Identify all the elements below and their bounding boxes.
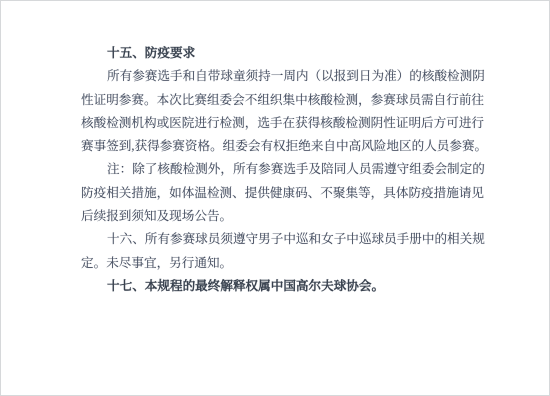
section-15-heading: 十五、防疫要求	[81, 42, 483, 65]
covid-paragraph-line: 核酸检测机构或医院进行检测，选手在获得核酸检测阴性证明后方可进行	[81, 112, 483, 135]
covid-paragraph-line: 所有参赛选手和自带球童须持一周内（以报到日为准）的核酸检测阴	[81, 65, 483, 88]
scanned-document-page: 十五、防疫要求所有参赛选手和自带球童须持一周内（以报到日为准）的核酸检测阴性证明…	[0, 0, 550, 396]
document-text-block: 十五、防疫要求所有参赛选手和自带球童须持一周内（以报到日为准）的核酸检测阴性证明…	[81, 42, 483, 298]
covid-paragraph-line: 赛事签到,获得参赛资格。组委会有权拒绝来自中高风险地区的人员参赛。	[81, 135, 483, 158]
note-paragraph-line: 防疫相关措施，如体温检测、提供健康码、不聚集等，具体防疫措施请见	[81, 182, 483, 205]
section-16-line: 定。未尽事宜，另行通知。	[81, 252, 483, 275]
section-16-line: 十六、所有参赛球员须遵守男子中巡和女子中巡球员手册中的相关规	[81, 228, 483, 251]
note-paragraph-line: 后续报到须知及现场公告。	[81, 205, 483, 228]
section-17-line: 十七、本规程的最终解释权属中国高尔夫球协会。	[81, 275, 483, 298]
note-paragraph-line: 注：除了核酸检测外，所有参赛选手及陪同人员需遵守组委会制定的	[81, 158, 483, 181]
covid-paragraph-line: 性证明参赛。本次比赛组委会不组织集中核酸检测，参赛球员需自行前往	[81, 89, 483, 112]
